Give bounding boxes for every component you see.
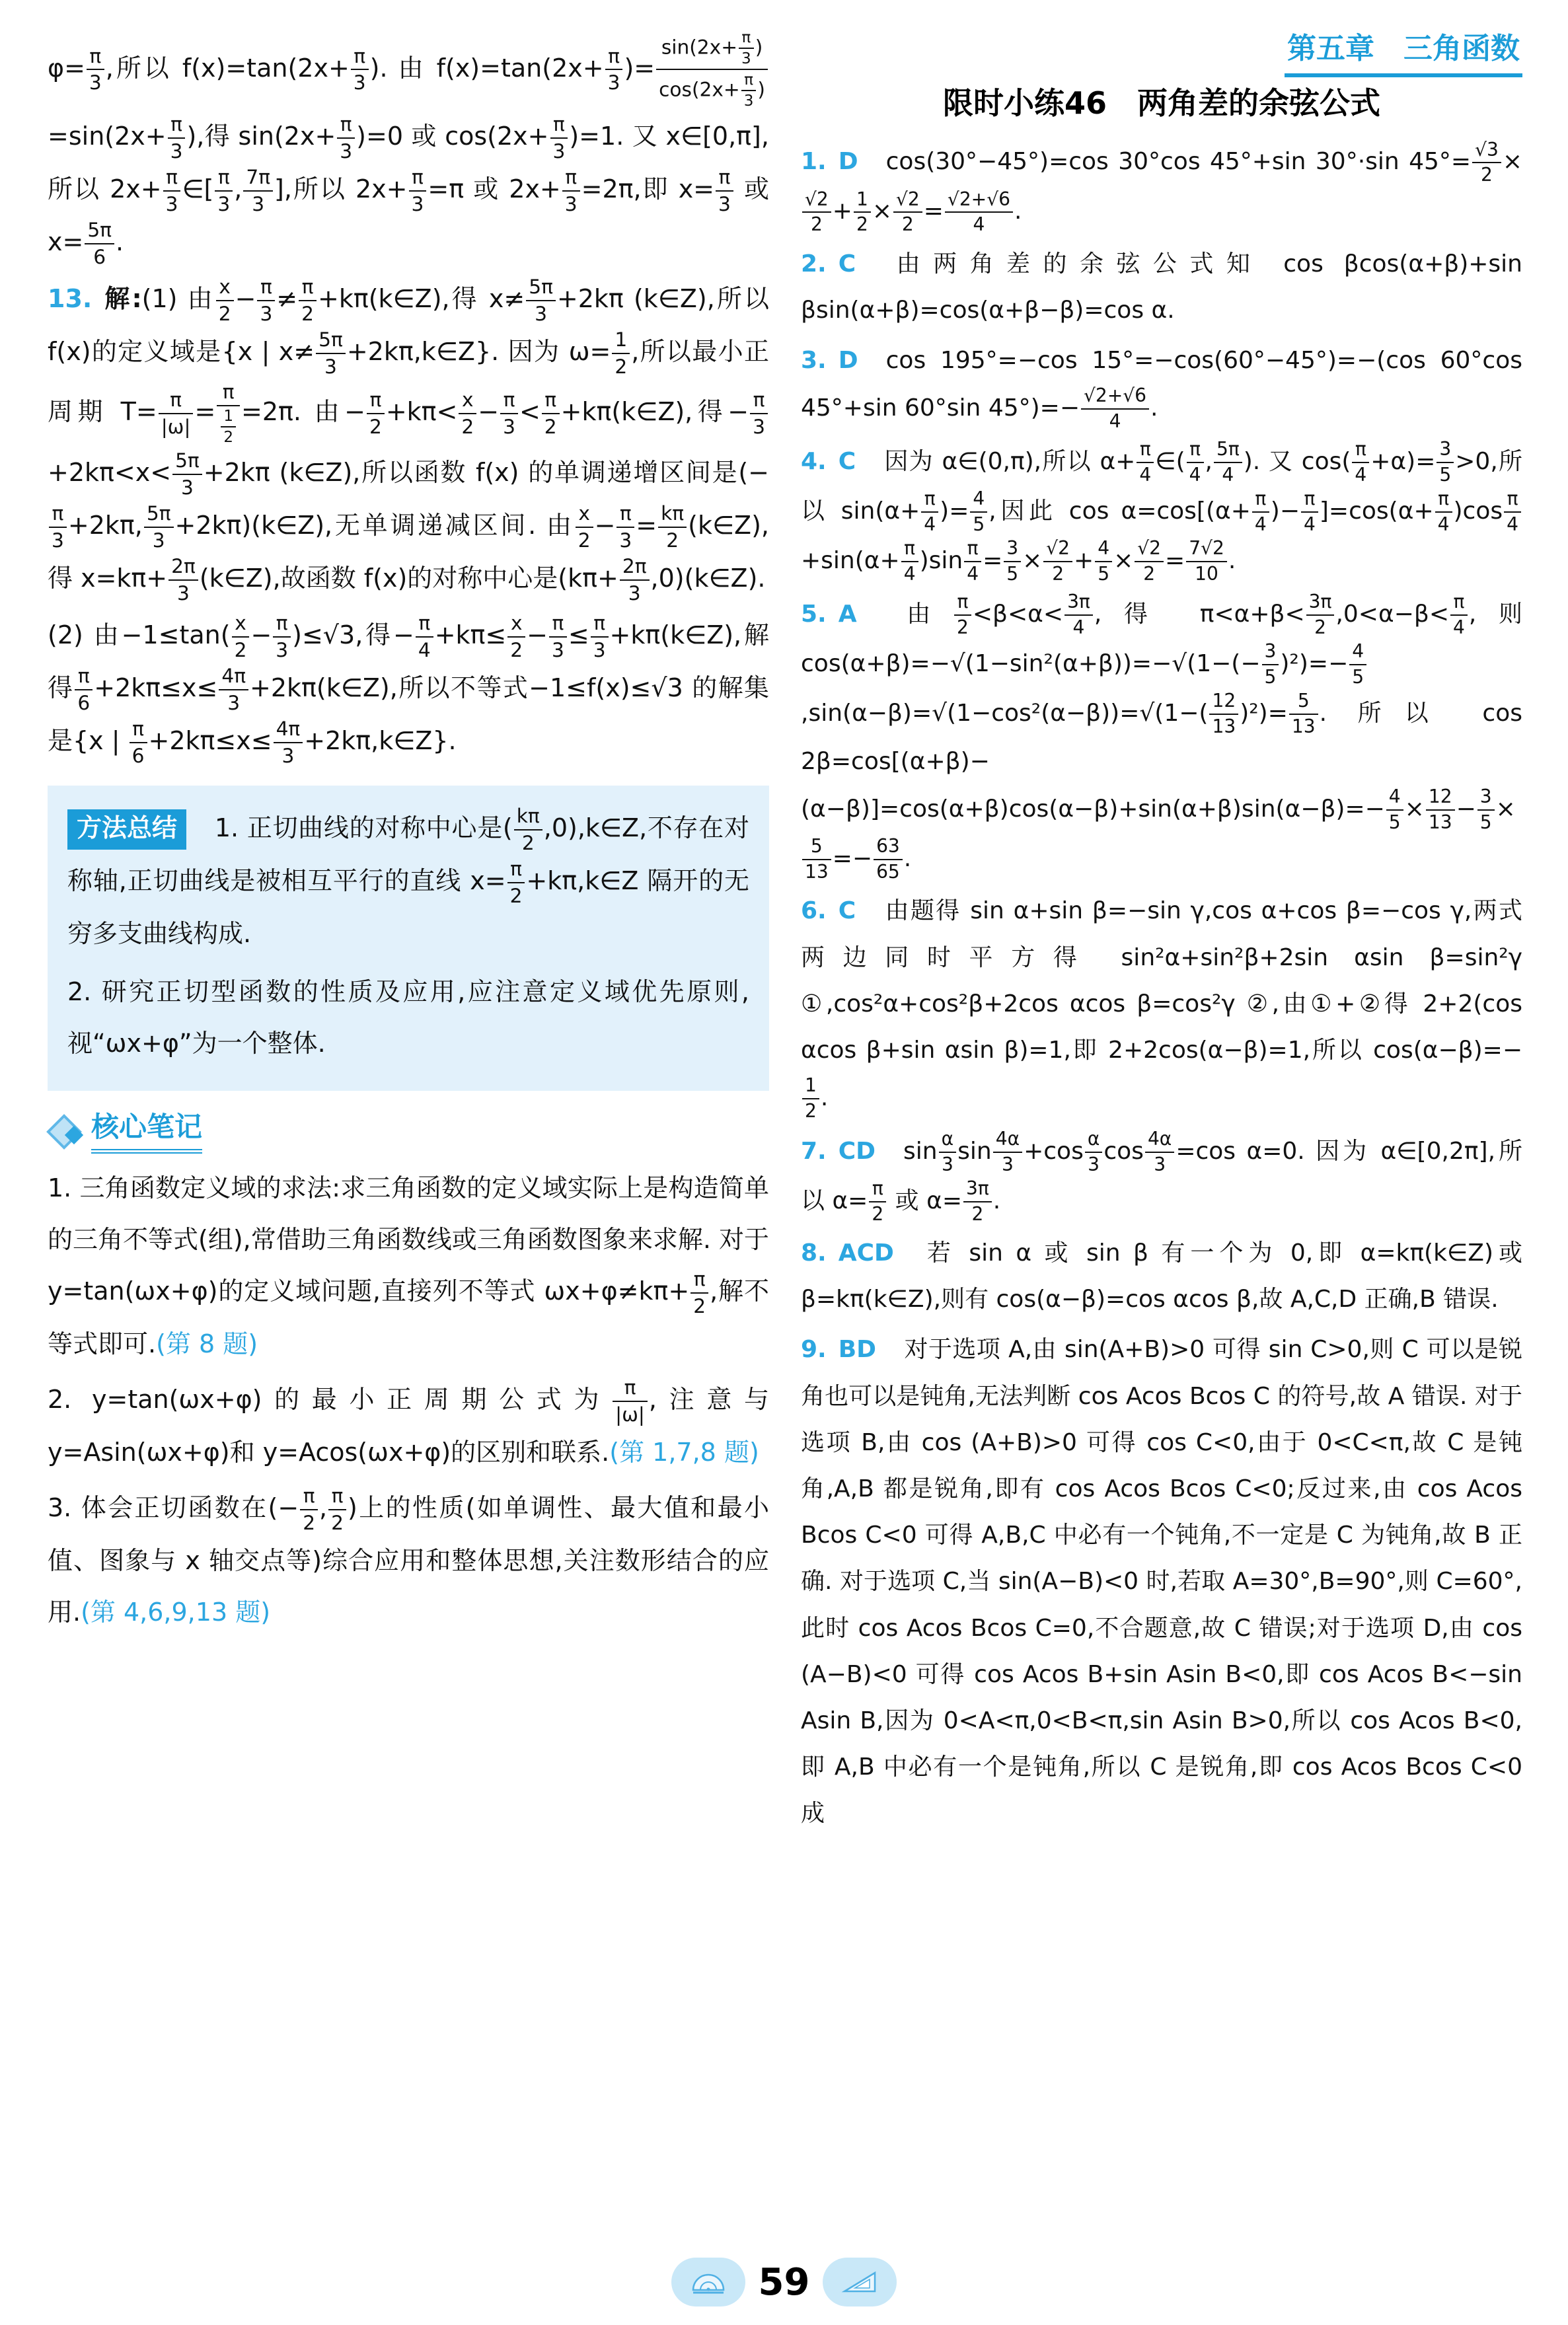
item-answer: C [839,250,856,277]
item-number: 4. [801,448,827,475]
item-number: 2. [801,250,827,277]
core-note-item: 1. 三角函数定义域的求法:求三角函数的定义域实际上是构造简单的三角不等式(组)… [48,1163,769,1370]
method-summary-item: 2. 研究正切型函数的性质及应用,应注意定义域优先原则,视“ωx+φ”为一个整体… [67,967,749,1070]
answer-item-2: 2.C由两角差的余弦公式知 cos βcos(α+β)+sin βsin(α+β… [801,241,1522,334]
item-number: 8. [801,1239,827,1267]
solution-paragraph: φ=π3,所以 f(x)=tan(2x+π3). 由 f(x)=tan(2x+π… [48,28,769,270]
answer-item-7: 7.CDsinα3sin4α3+cosα3cos4α3=cos α=0. 因为 … [801,1127,1522,1226]
core-notes-header: 核心笔记 [48,1111,769,1154]
item-answer: ACD [839,1239,894,1267]
answer-item-1: 1.Dcos(30°−45°)=cos 30°cos 45°+sin 30°·s… [801,138,1522,237]
problem-reference: (第 8 题) [156,1329,258,1358]
text-run: 13. [48,284,92,313]
textbook-page: φ=π3,所以 f(x)=tan(2x+π3). 由 f(x)=tan(2x+π… [0,0,1568,2274]
item-number: 1. [801,148,827,175]
text-run: 解: [102,284,141,313]
answer-item-8: 8.ACD若 sin α 或 sin β 有一个为 0,即 α=kπ(k∈Z)或… [801,1230,1522,1323]
item-answer: CD [839,1138,876,1165]
answer-item-6: 6.C由题得 sin α+sin β=−sin γ,cos α+cos β=−c… [801,888,1522,1123]
core-notes-label: 核心笔记 [91,1111,202,1154]
text-run: φ=π3,所以 f(x)=tan(2x+π3). 由 f(x)=tan(2x+π… [48,54,769,257]
item-answer: BD [839,1336,876,1363]
text-run: sinα3sin4α3+cosα3cos4α3=cos α=0. 因为 α∈[0… [801,1138,1522,1214]
answer-item-5: 5.A由π2<β<α<3π4,得 π<α+β<3π2,0<α−β<π4,则 co… [801,590,1522,884]
text-run: cos 195°=−cos 15°=−cos(60°−45°)=−(cos 60… [801,347,1522,422]
solution-paragraphs: φ=π3,所以 f(x)=tan(2x+π3). 由 f(x)=tan(2x+π… [48,28,769,768]
text-run: 对于选项 A,由 sin(A+B)>0 可得 sin C>0,则 C 可以是锐角… [801,1336,1522,1827]
text-run: (1) 由x2−π3≠π2+kπ(k∈Z),得 x≠5π3+2kπ (k∈Z),… [48,284,769,593]
practice-title: 限时小练46 两角差的余弦公式 [801,84,1522,124]
item-number: 6. [801,897,827,924]
triangle-ruler-icon [823,2258,897,2307]
text-run: 由题得 sin α+sin β=−sin γ,cos α+cos β=−cos … [801,897,1522,1111]
left-column: φ=π3,所以 f(x)=tan(2x+π3). 由 f(x)=tan(2x+π… [48,28,769,2274]
chapter-header-row: 第五章 三角函数 [801,28,1522,77]
item-number: 9. [801,1336,827,1363]
text-run: (2) 由−1≤tan(x2−π3)≤√3,得−π4+kπ≤x2−π3≤π3+k… [48,620,769,755]
problem-reference: (第 4,6,9,13 题) [81,1598,270,1627]
method-summary-label: 方法总结 [67,809,186,850]
item-answer: D [839,347,858,374]
answer-items: 1.Dcos(30°−45°)=cos 30°cos 45°+sin 30°·s… [801,138,1522,1837]
text-run: 由π2<β<α<3π4,得 π<α+β<3π2,0<α−β<π4,则 cos(α… [801,601,1522,872]
method-summary-box: 方法总结 1. 正切曲线的对称中心是(kπ2,0),k∈Z,不存在对称轴,正切曲… [48,786,769,1091]
core-notes-items: 1. 三角函数定义域的求法:求三角函数的定义域实际上是构造简单的三角不等式(组)… [48,1163,769,1638]
item-number: 5. [801,601,827,628]
protractor-icon [671,2258,745,2307]
item-number: 7. [801,1138,827,1165]
answer-item-4: 4.C因为 α∈(0,π),所以 α+π4∈(π4,5π4). 又 cos(π4… [801,437,1522,586]
core-note-item: 3. 体会正切函数在(−π2,π2)上的性质(如单调性、最大值和最小值、图象与 … [48,1483,769,1639]
solution-paragraph: 13.解:(1) 由x2−π3≠π2+kπ(k∈Z),得 x≠5π3+2kπ (… [48,274,769,606]
right-column: 第五章 三角函数 限时小练46 两角差的余弦公式 1.Dcos(30°−45°)… [801,28,1522,2274]
answer-item-3: 3.Dcos 195°=−cos 15°=−cos(60°−45°)=−(cos… [801,338,1522,433]
item-answer: C [839,448,856,475]
item-answer: C [839,897,856,924]
page-footer: 59 [671,2258,897,2307]
text-run: 2. 研究正切型函数的性质及应用,应注意定义域优先原则,视“ωx+φ”为一个整体… [67,977,749,1058]
text-run: 若 sin α 或 sin β 有一个为 0,即 α=kπ(k∈Z)或 β=kπ… [801,1239,1522,1313]
chapter-title: 第五章 三角函数 [1285,32,1522,77]
item-number: 3. [801,347,827,374]
core-note-item: 2. y=tan(ωx+φ)的最小正周期公式为π|ω|,注意与 y=Asin(ω… [48,1374,769,1479]
solution-paragraph: (2) 由−1≤tan(x2−π3)≤√3,得−π4+kπ≤x2−π3≤π3+k… [48,610,769,768]
text-run: cos(30°−45°)=cos 30°cos 45°+sin 30°·sin … [801,148,1522,225]
answer-item-9: 9.BD对于选项 A,由 sin(A+B)>0 可得 sin C>0,则 C 可… [801,1327,1522,1837]
problem-reference: (第 1,7,8 题) [609,1438,759,1467]
page-number: 59 [759,2261,810,2304]
item-answer: A [839,601,857,628]
text-run: 因为 α∈(0,π),所以 α+π4∈(π4,5π4). 又 cos(π4+α)… [801,448,1522,574]
text-run: 由两角差的余弦公式知 cos βcos(α+β)+sin βsin(α+β)=c… [801,250,1522,324]
item-answer: D [839,148,858,175]
